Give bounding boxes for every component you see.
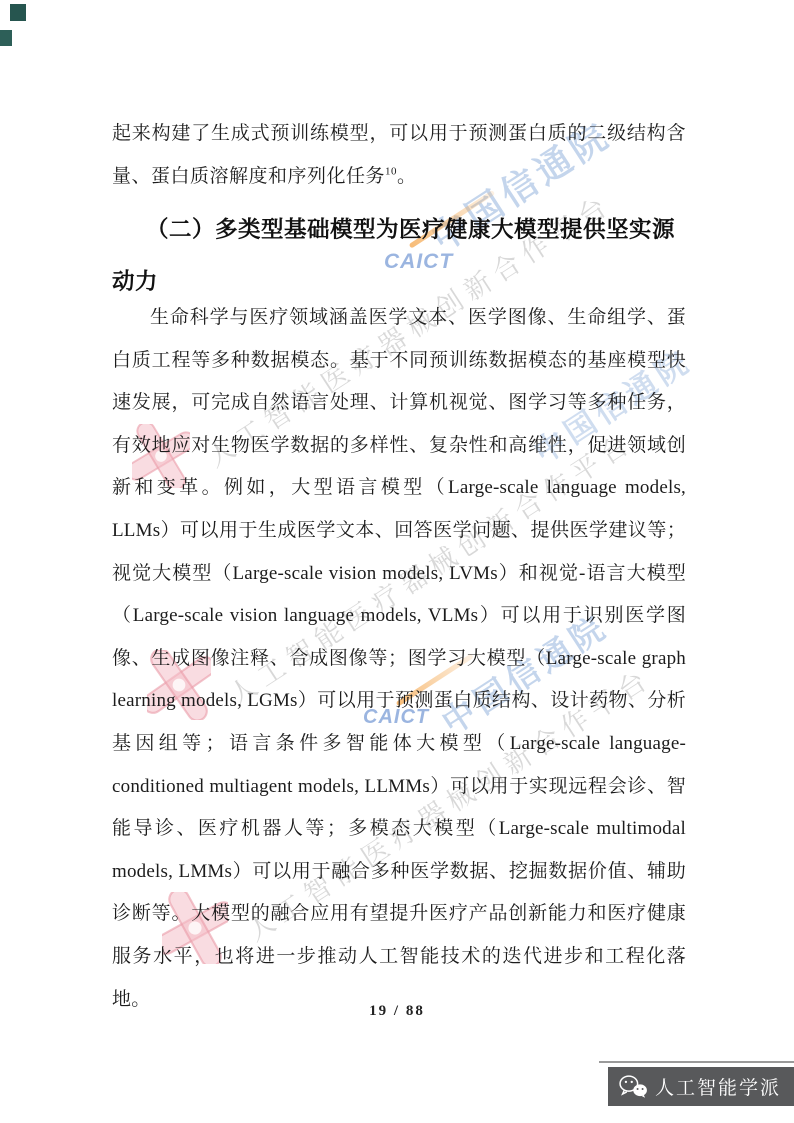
section-heading: （二）多类型基础模型为医疗健康大模型提供坚实源动力	[112, 204, 712, 308]
document-page: 人工智能医疗器械创新合作平台 人工智能医疗器械创新合作平台 人工智能医疗器械创新…	[0, 0, 794, 1123]
corner-mark	[10, 4, 26, 21]
paragraph-continuation: 起来构建了生成式预训练模型，可以用于预测蛋白质的二级结构含量、蛋白质溶解度和序列…	[112, 112, 686, 198]
corner-mark	[0, 30, 12, 46]
footnote-marker: 10	[385, 166, 397, 178]
section-heading-line2: 动力	[112, 269, 158, 294]
section-heading-line1: （二）多类型基础模型为医疗健康大模型提供坚实源	[112, 217, 675, 242]
footer-divider	[599, 1061, 794, 1063]
wechat-icon	[618, 1074, 648, 1099]
footer-brand-label: 人工智能学派	[655, 1073, 781, 1100]
footer-brand-bar: 人工智能学派	[608, 1067, 794, 1106]
body-paragraph: 生命科学与医疗领域涵盖医学文本、医学图像、生命组学、蛋白质工程等多种数据模态。基…	[112, 297, 686, 1021]
paragraph-end: 。	[397, 166, 417, 187]
page-number: 19 / 88	[0, 1003, 794, 1020]
